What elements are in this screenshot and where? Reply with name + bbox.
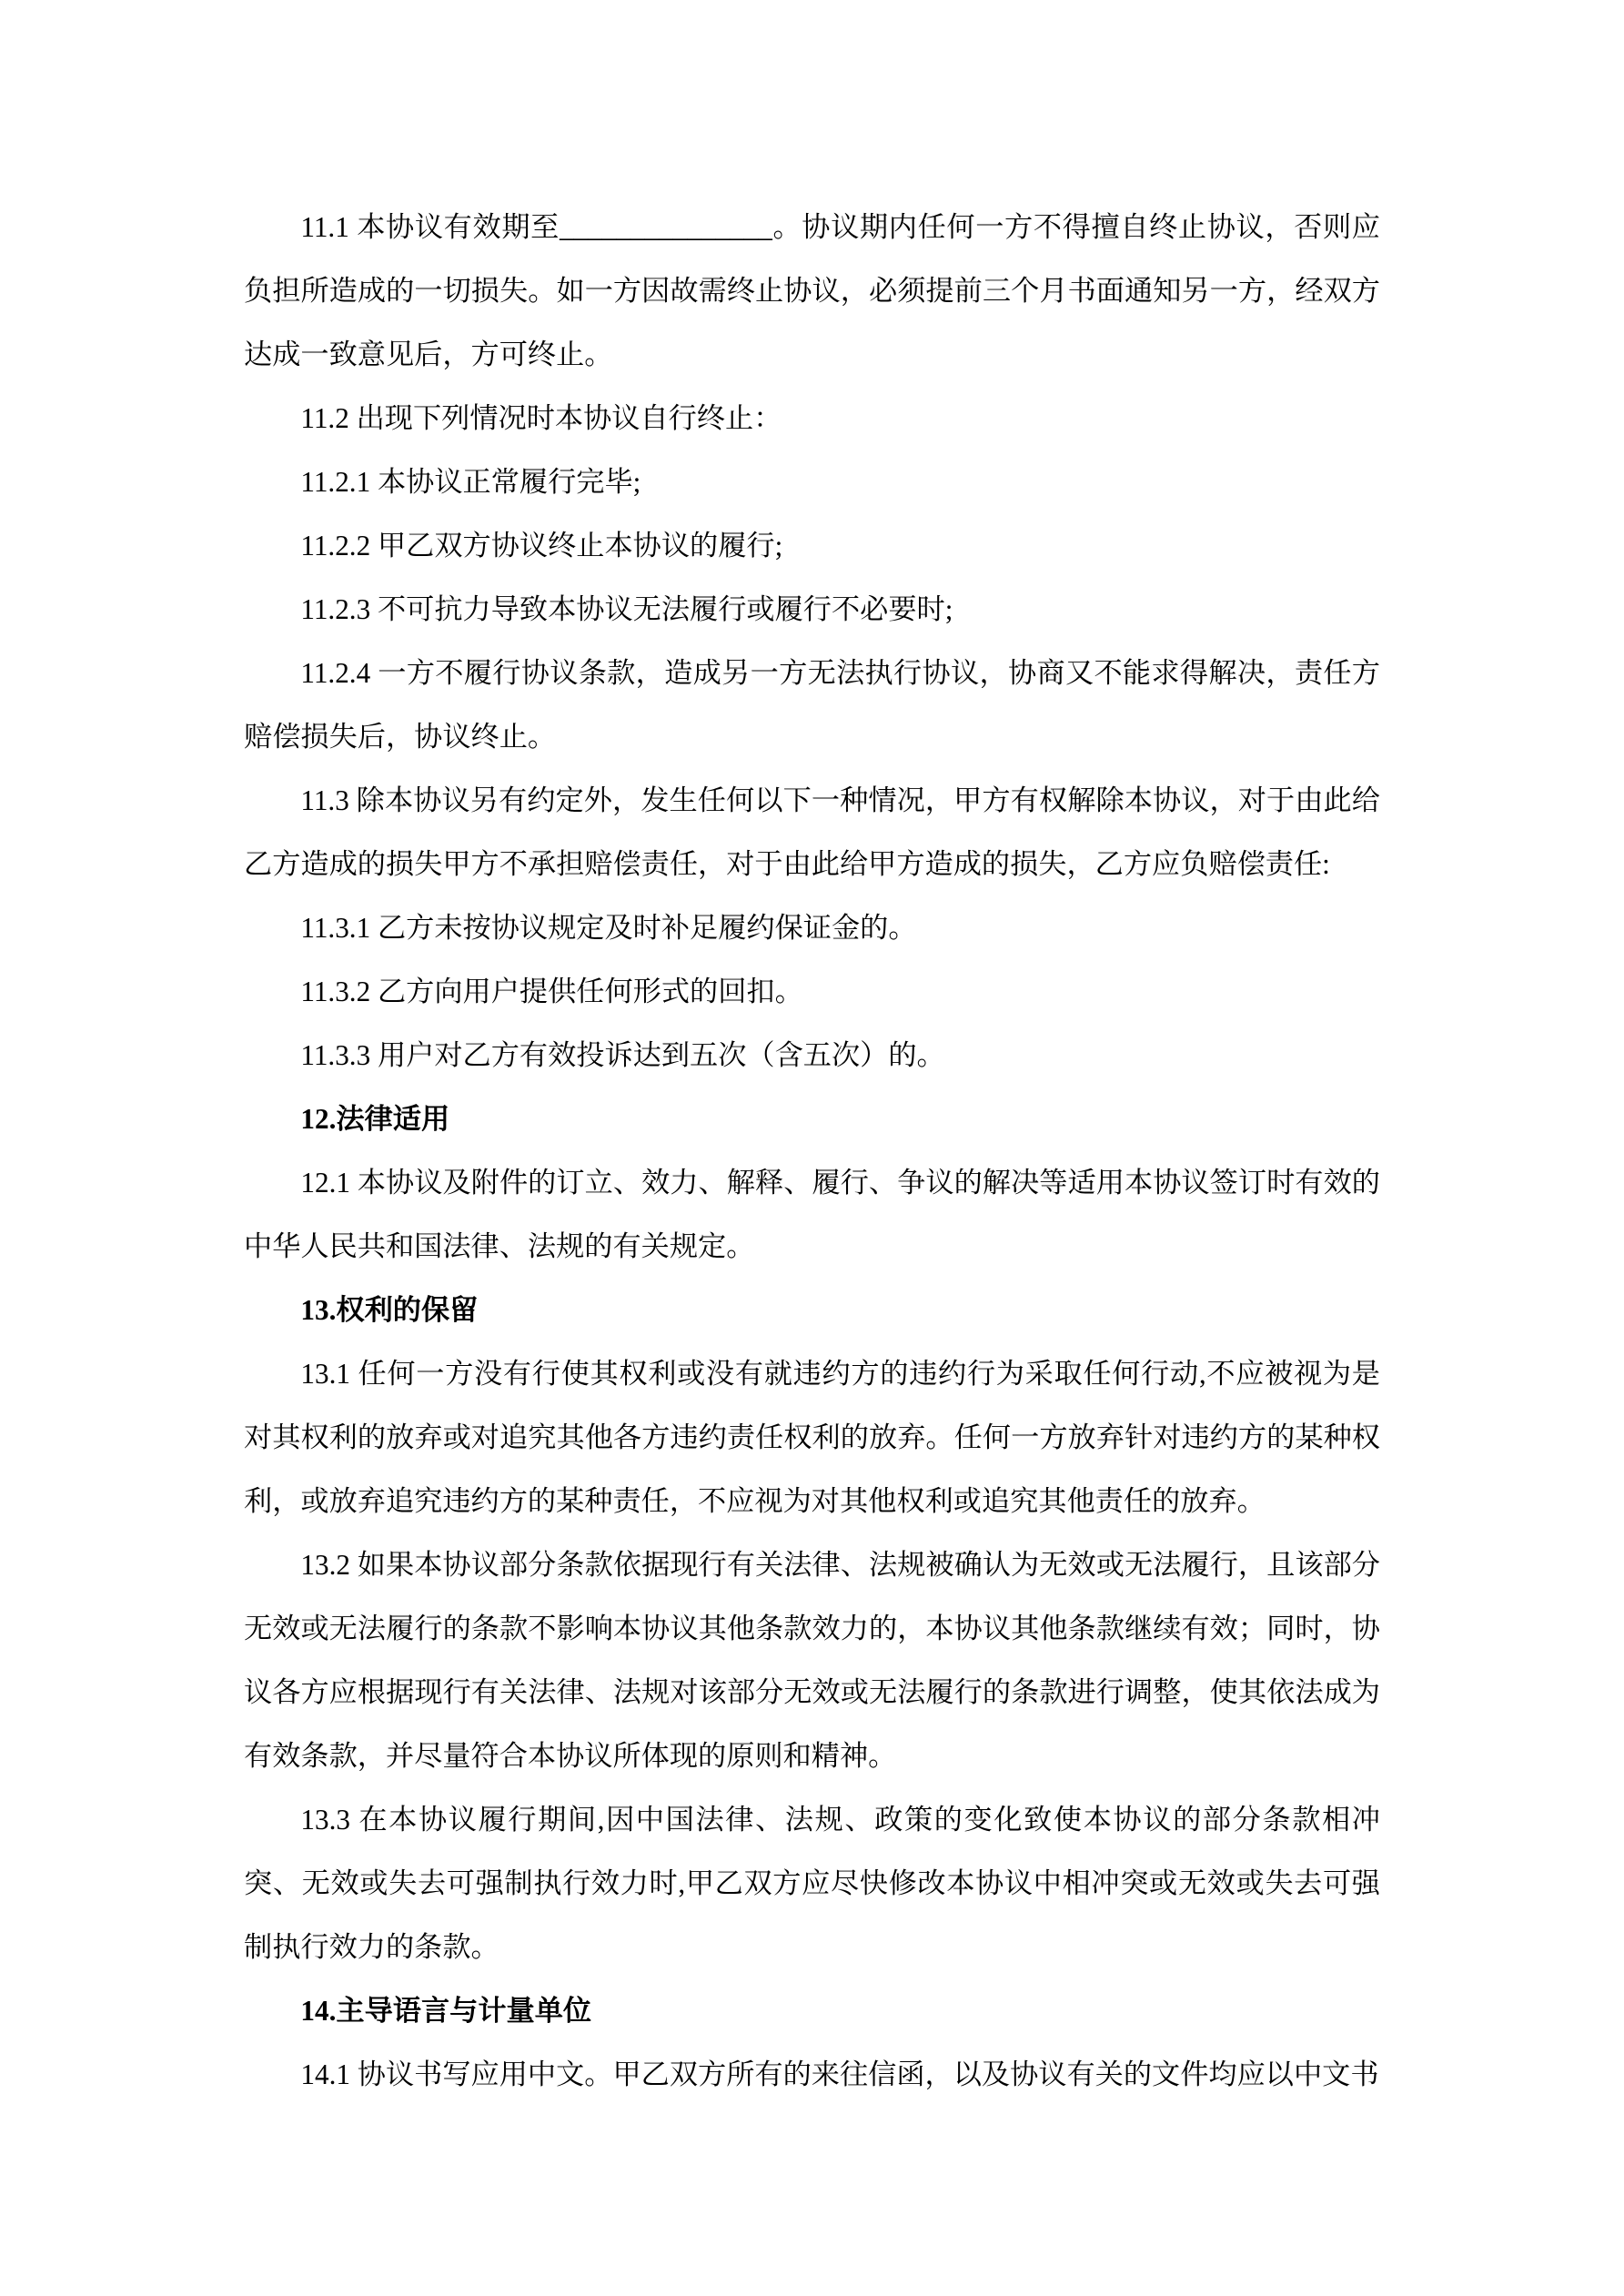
- clause-paragraph-12-1: 12.1 本协议及附件的订立、效力、解释、履行、争议的解决等适用本协议签订时有效…: [244, 1151, 1380, 1279]
- clause-paragraph-11-2-1: 11.2.1 本协议正常履行完毕;: [244, 450, 1380, 514]
- document-text-block: 11.1 本协议有效期至_______________。协议期内任何一方不得擅自…: [244, 196, 1380, 2107]
- clause-paragraph-11-3-2: 11.3.2 乙方向用户提供任何形式的回扣。: [244, 960, 1380, 1024]
- clause-paragraph-13-1: 13.1 任何一方没有行使其权利或没有就违约方的违约行为采取任何行动,不应被视为…: [244, 1342, 1380, 1533]
- contract-document-page: 11.1 本协议有效期至_______________。协议期内任何一方不得擅自…: [0, 0, 1624, 2296]
- clause-paragraph-11-2: 11.2 出现下列情况时本协议自行终止：: [244, 387, 1380, 450]
- clause-paragraph-11-3: 11.3 除本协议另有约定外，发生任何以下一种情况，甲方有权解除本协议，对于由此…: [244, 769, 1380, 896]
- section-heading-13: 13.权利的保留: [244, 1279, 1380, 1342]
- clause-paragraph-11-1: 11.1 本协议有效期至_______________。协议期内任何一方不得擅自…: [244, 196, 1380, 387]
- clause-paragraph-11-2-2: 11.2.2 甲乙双方协议终止本协议的履行;: [244, 514, 1380, 578]
- section-heading-12: 12.法律适用: [244, 1087, 1380, 1151]
- clause-paragraph-11-2-3: 11.2.3 不可抗力导致本协议无法履行或履行不必要时;: [244, 578, 1380, 642]
- clause-paragraph-11-2-4: 11.2.4 一方不履行协议条款，造成另一方无法执行协议，协商又不能求得解决，责…: [244, 642, 1380, 769]
- clause-paragraph-13-2: 13.2 如果本协议部分条款依据现行有关法律、法规被确认为无效或无法履行，且该部…: [244, 1533, 1380, 1788]
- clause-paragraph-11-3-1: 11.3.1 乙方未按协议规定及时补足履约保证金的。: [244, 896, 1380, 960]
- clause-paragraph-13-3: 13.3 在本协议履行期间,因中国法律、法规、政策的变化致使本协议的部分条款相冲…: [244, 1788, 1380, 1979]
- clause-paragraph-14-1: 14.1 协议书写应用中文。甲乙双方所有的来往信函，以及协议有关的文件均应以中文…: [244, 2043, 1380, 2107]
- clause-paragraph-11-3-3: 11.3.3 用户对乙方有效投诉达到五次（含五次）的。: [244, 1024, 1380, 1087]
- section-heading-14: 14.主导语言与计量单位: [244, 1979, 1380, 2043]
